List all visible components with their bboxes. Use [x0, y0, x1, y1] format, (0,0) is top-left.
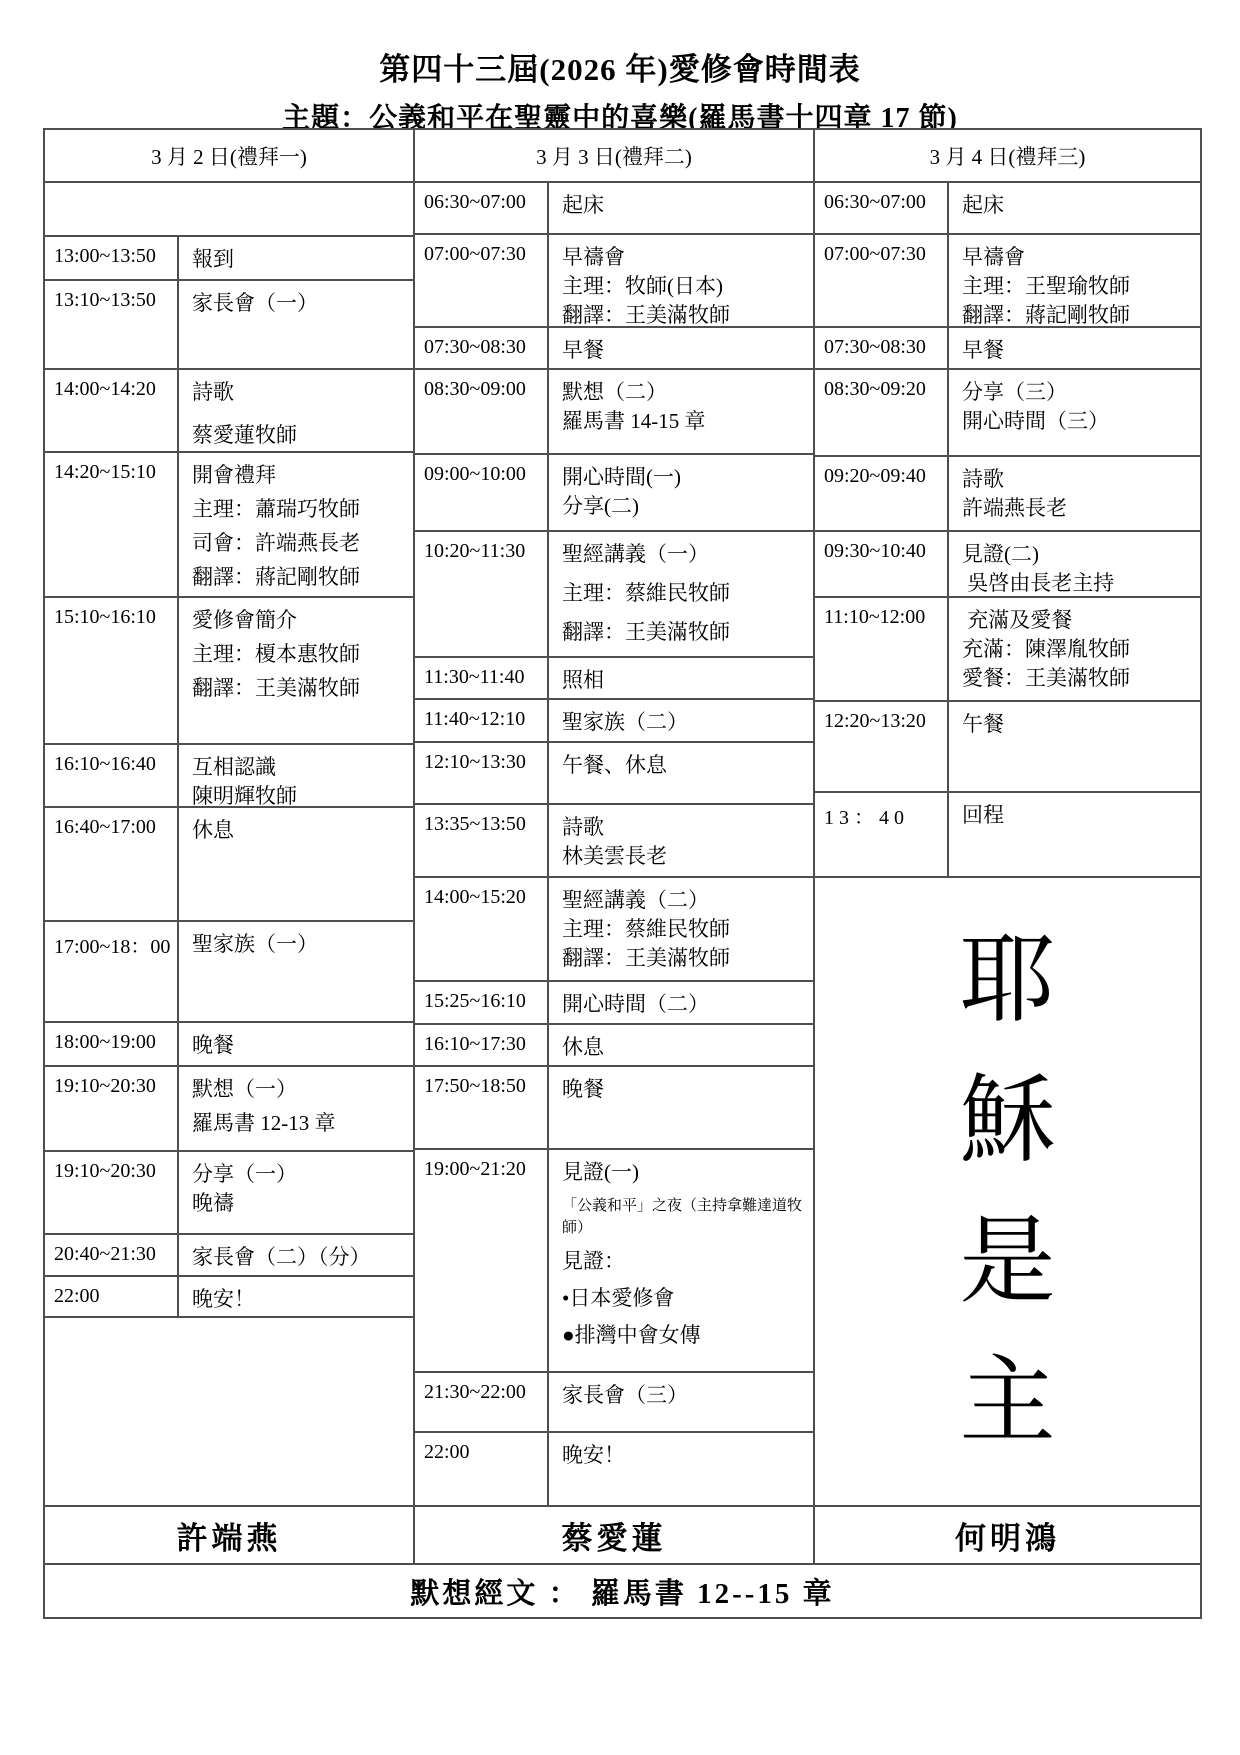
activity-cell: 家長會（一） [179, 281, 413, 368]
activity-cell: 聖經講義（二）主理：蔡維民牧師翻譯：王美滿牧師 [549, 878, 813, 980]
activity-line: 許端燕長老 [962, 494, 1196, 523]
activity-cell: 照相 [549, 658, 813, 698]
day-header-mar-3: 3 月 3 日(禮拜二) [415, 130, 813, 183]
activity-line: 開心時間（三） [962, 407, 1196, 436]
time-cell: 08:30~09:00 [415, 370, 549, 453]
jesus-is-lord-banner-cell: 耶穌是主 [815, 878, 1200, 1505]
activity-line: 分享（三） [962, 378, 1196, 407]
schedule-table: 3 月 2 日(禮拜一) 13:00~13:50報到13:10~13:50家長會… [43, 128, 1202, 1619]
timetable-page: 第四十三屆(2026 年)愛修會時間表 主題：公義和平在聖靈中的喜樂(羅馬書十四… [0, 0, 1240, 1755]
activity-cell: 報到 [179, 237, 413, 279]
time-cell: 22:00 [45, 1277, 179, 1316]
schedule-row: 14:00~14:20詩歌蔡愛蓮牧師 [45, 370, 413, 453]
activity-cell: 休息 [179, 808, 413, 920]
time-cell: 06:30~07:00 [415, 183, 549, 233]
activity-line: 開會禮拜 [192, 461, 409, 490]
activity-cell: 詩歌蔡愛蓮牧師 [179, 370, 413, 451]
activity-cell: 見證(二) 吳啓由長老主持 [949, 532, 1200, 596]
schedule-row: 22:00晚安！ [45, 1277, 413, 1318]
activity-line: 早餐 [962, 336, 1196, 365]
schedule-row: 19:10~20:30默想（一）羅馬書 12-13 章 [45, 1067, 413, 1152]
day-body-mar-4: 06:30~07:00起床07:00~07:30早禱會主理：王聖瑜牧師翻譯：蔣記… [815, 183, 1200, 1505]
activity-line: 默想（二） [562, 378, 809, 407]
page-title: 第四十三屆(2026 年)愛修會時間表 [0, 0, 1240, 89]
activity-line: 吳啓由長老主持 [962, 569, 1196, 596]
schedule-row: 17:00~18：00聖家族（一） [45, 922, 413, 1023]
schedule-row: 16:10~17:30休息 [415, 1025, 813, 1067]
leader-name-cell: 許端燕 [45, 1507, 415, 1563]
time-cell: 20:40~21:30 [45, 1235, 179, 1275]
time-cell: 13:00~13:50 [45, 237, 179, 279]
schedule-row: 07:00~07:30早禱會主理：王聖瑜牧師翻譯：蔣記剛牧師 [815, 235, 1200, 328]
activity-cell: 晚餐 [179, 1023, 413, 1065]
schedule-row: 20:40~21:30家長會（二）（分） [45, 1235, 413, 1277]
time-cell: 14:00~14:20 [45, 370, 179, 451]
activity-line: 早禱會 [562, 243, 809, 272]
activity-line: 午餐、休息 [562, 751, 809, 780]
activity-cell: 分享（一）晚禱 [179, 1152, 413, 1233]
activity-line: 晚安！ [192, 1285, 409, 1314]
schedule-row: 19:10~20:30分享（一）晚禱 [45, 1152, 413, 1235]
activity-line: 休息 [562, 1033, 809, 1062]
activity-line: 早禱會 [962, 243, 1196, 272]
time-cell: 06:30~07:00 [815, 183, 949, 233]
activity-cell: 分享（三）開心時間（三） [949, 370, 1200, 455]
activity-line: 晚餐 [562, 1075, 809, 1104]
activity-cell: 詩歌林美雲長老 [549, 805, 813, 876]
day-body-mar-3: 06:30~07:00起床07:00~07:30早禱會主理：牧師(日本)翻譯：王… [415, 183, 813, 1505]
activity-line: 開心時間（二） [562, 990, 809, 1019]
activity-line: 翻譯：蔣記剛牧師 [962, 301, 1196, 326]
time-cell: 12:10~13:30 [415, 743, 549, 803]
time-cell: 17:50~18:50 [415, 1067, 549, 1148]
time-cell: 11:40~12:10 [415, 700, 549, 741]
schedule-row: 06:30~07:00起床 [415, 183, 813, 235]
schedule-row: 17:50~18:50晚餐 [415, 1067, 813, 1150]
activity-line: 開心時間(一) [562, 463, 809, 492]
activity-line: 主理：王聖瑜牧師 [962, 272, 1196, 301]
activity-cell: 早禱會主理：牧師(日本)翻譯：王美滿牧師 [549, 235, 813, 326]
time-cell: 19:10~20:30 [45, 1067, 179, 1150]
banner-char: 主 [960, 1354, 1056, 1450]
schedule-row: 09:20~09:40詩歌許端燕長老 [815, 457, 1200, 532]
activity-line: 翻譯：蔣記剛牧師 [192, 563, 409, 592]
activity-line: 分享（一） [192, 1160, 409, 1189]
activity-line: 起床 [562, 191, 809, 220]
schedule-row: 07:00~07:30早禱會主理：牧師(日本)翻譯：王美滿牧師 [415, 235, 813, 328]
activity-cell: 晚安！ [549, 1433, 813, 1505]
activity-line: 愛修會簡介 [192, 606, 409, 635]
activity-line: 詩歌 [562, 813, 809, 842]
activity-line: 詩歌 [192, 378, 409, 407]
schedule-row: 08:30~09:20分享（三）開心時間（三） [815, 370, 1200, 457]
activity-line: 翻譯：王美滿牧師 [562, 618, 809, 647]
empty-row [45, 183, 413, 237]
time-cell: 10:20~11:30 [415, 532, 549, 656]
schedule-row: 09:00~10:00開心時間(一)分享(二) [415, 455, 813, 532]
day-column-mar-4: 3 月 4 日(禮拜三) 06:30~07:00起床07:00~07:30早禱會… [815, 130, 1200, 1505]
banner-char: 是 [960, 1214, 1056, 1310]
time-cell: 07:30~08:30 [415, 328, 549, 368]
activity-cell: 詩歌許端燕長老 [949, 457, 1200, 530]
activity-line: 司會：許端燕長老 [192, 529, 409, 558]
meditation-scripture-footer: 默想經文 ： 羅馬書 12--15 章 [45, 1563, 1200, 1617]
activity-line: 聖經講義（二） [562, 886, 809, 915]
activity-cell: 開心時間(一)分享(二) [549, 455, 813, 530]
day-body-mar-2: 13:00~13:50報到13:10~13:50家長會（一）14:00~14:2… [45, 183, 413, 1505]
time-cell: 17:00~18：00 [45, 922, 179, 1021]
time-cell: 14:20~15:10 [45, 453, 179, 596]
activity-line: 回程 [962, 801, 1196, 830]
activity-line: 翻譯：王美滿牧師 [192, 674, 409, 703]
activity-cell: 早餐 [949, 328, 1200, 368]
activity-line: 見證： [562, 1247, 809, 1276]
day-column-mar-2: 3 月 2 日(禮拜一) 13:00~13:50報到13:10~13:50家長會… [45, 130, 415, 1505]
activity-cell: 家長會（二）（分） [179, 1235, 413, 1275]
activity-cell: 見證(一)「公義和平」之夜（主持拿難達道牧師）見證：•日本愛修會●排灣中會女傳 [549, 1150, 813, 1371]
time-cell: 13:35~13:50 [415, 805, 549, 876]
activity-cell: 起床 [949, 183, 1200, 233]
activity-line: 主理：牧師(日本) [562, 272, 809, 301]
schedule-row: 21:30~22:00家長會（三） [415, 1373, 813, 1433]
schedule-row: 11:40~12:10聖家族（二） [415, 700, 813, 743]
activity-line: 家長會（一） [192, 289, 409, 318]
activity-line: 默想（一） [192, 1075, 409, 1104]
schedule-row: 11:30~11:40照相 [415, 658, 813, 700]
activity-cell: 晚安！ [179, 1277, 413, 1316]
schedule-row: 10:20~11:30聖經講義（一）主理：蔡維民牧師翻譯：王美滿牧師 [415, 532, 813, 658]
time-cell: 19:10~20:30 [45, 1152, 179, 1233]
empty-row [45, 1318, 413, 1505]
activity-line: 蔡愛蓮牧師 [192, 421, 409, 450]
schedule-row: 19:00~21:20見證(一)「公義和平」之夜（主持拿難達道牧師）見證：•日本… [415, 1150, 813, 1373]
time-cell: 16:10~17:30 [415, 1025, 549, 1065]
activity-line: 聖家族（二） [562, 708, 809, 737]
activity-line: 見證(二) [962, 540, 1196, 569]
activity-cell: 早禱會主理：王聖瑜牧師翻譯：蔣記剛牧師 [949, 235, 1200, 326]
activity-cell: 聖家族（二） [549, 700, 813, 741]
activity-cell: 默想（一）羅馬書 12-13 章 [179, 1067, 413, 1150]
schedule-row: 12:10~13:30午餐、休息 [415, 743, 813, 805]
time-cell: 13:10~13:50 [45, 281, 179, 368]
activity-line: 家長會（三） [562, 1381, 809, 1410]
time-cell: 16:10~16:40 [45, 745, 179, 806]
activity-line: 主理：蔡維民牧師 [562, 579, 809, 608]
schedule-row: 14:20~15:10開會禮拜主理：蕭瑞巧牧師司會：許端燕長老翻譯：蔣記剛牧師 [45, 453, 413, 598]
activity-cell: 開心時間（二） [549, 982, 813, 1023]
activity-cell: 聖家族（一） [179, 922, 413, 1021]
time-cell: 12:20~13:20 [815, 702, 949, 791]
schedule-row: 22:00晚安！ [415, 1433, 813, 1505]
activity-line: 主理：蔡維民牧師 [562, 915, 809, 944]
banner-char: 耶 [960, 933, 1056, 1029]
activity-line: 休息 [192, 816, 409, 845]
activity-line: 家長會（二）（分） [192, 1243, 409, 1272]
time-cell: 09:30~10:40 [815, 532, 949, 596]
activity-line: 晚安！ [562, 1441, 809, 1470]
time-cell: 22:00 [415, 1433, 549, 1505]
activity-line: 聖家族（一） [192, 930, 409, 959]
activity-cell: 休息 [549, 1025, 813, 1065]
activity-line: 晚禱 [192, 1189, 409, 1218]
time-cell: 09:20~09:40 [815, 457, 949, 530]
schedule-row: 13:00~13:50報到 [45, 237, 413, 281]
activity-line: 翻譯：王美滿牧師 [562, 944, 809, 973]
time-cell: 18:00~19:00 [45, 1023, 179, 1065]
activity-cell: 回程 [949, 793, 1200, 876]
schedule-row: 06:30~07:00起床 [815, 183, 1200, 235]
activity-line: 愛餐：王美滿牧師 [962, 664, 1196, 693]
activity-line: 林美雲長老 [562, 842, 809, 871]
activity-line: •日本愛修會 [562, 1284, 809, 1313]
activity-line: 羅馬書 12-13 章 [192, 1109, 409, 1138]
leader-name-cell: 何明鴻 [815, 1507, 1200, 1563]
schedule-row: 07:30~08:30早餐 [815, 328, 1200, 370]
time-cell: 08:30~09:20 [815, 370, 949, 455]
activity-line: 詩歌 [962, 465, 1196, 494]
activity-cell: 早餐 [549, 328, 813, 368]
activity-line: 翻譯：王美滿牧師 [562, 301, 809, 326]
time-cell: 07:00~07:30 [415, 235, 549, 326]
time-cell: 15:25~16:10 [415, 982, 549, 1023]
activity-line: 「公義和平」之夜（主持拿難達道牧師） [562, 1195, 809, 1239]
day-header-mar-2: 3 月 2 日(禮拜一) [45, 130, 413, 183]
day-column-mar-3: 3 月 3 日(禮拜二) 06:30~07:00起床07:00~07:30早禱會… [415, 130, 815, 1505]
activity-cell: 午餐、休息 [549, 743, 813, 803]
time-cell: 14:00~15:20 [415, 878, 549, 980]
activity-line: 晚餐 [192, 1031, 409, 1060]
activity-line: 起床 [962, 191, 1196, 220]
schedule-columns: 3 月 2 日(禮拜一) 13:00~13:50報到13:10~13:50家長會… [45, 130, 1200, 1505]
schedule-row: 09:30~10:40見證(二) 吳啓由長老主持 [815, 532, 1200, 598]
activity-cell: 聖經講義（一）主理：蔡維民牧師翻譯：王美滿牧師 [549, 532, 813, 656]
activity-line: 主理：榎本惠牧師 [192, 640, 409, 669]
time-cell: 19:00~21:20 [415, 1150, 549, 1371]
schedule-row: 16:40~17:00休息 [45, 808, 413, 922]
activity-line: 報到 [192, 245, 409, 274]
activity-line: 羅馬書 14-15 章 [562, 407, 809, 436]
schedule-row: 13:10~13:50家長會（一） [45, 281, 413, 370]
activity-line: 見證(一) [562, 1158, 809, 1187]
activity-cell: 默想（二）羅馬書 14-15 章 [549, 370, 813, 453]
time-cell: 09:00~10:00 [415, 455, 549, 530]
time-cell: 11:10~12:00 [815, 598, 949, 700]
leader-name-cell: 蔡愛蓮 [415, 1507, 815, 1563]
activity-line: 聖經講義（一） [562, 540, 809, 569]
time-cell: 07:00~07:30 [815, 235, 949, 326]
schedule-row: 16:10~16:40互相認識陳明輝牧師 [45, 745, 413, 808]
activity-line: 午餐 [962, 710, 1196, 739]
time-cell: 15:10~16:10 [45, 598, 179, 743]
schedule-row: 07:30~08:30早餐 [415, 328, 813, 370]
schedule-row: 13:35~13:50詩歌林美雲長老 [415, 805, 813, 878]
activity-cell: 家長會（三） [549, 1373, 813, 1431]
time-cell: 07:30~08:30 [815, 328, 949, 368]
banner-char: 穌 [960, 1073, 1056, 1169]
schedule-row: 15:10~16:10愛修會簡介主理：榎本惠牧師翻譯：王美滿牧師 [45, 598, 413, 745]
schedule-row: 18:00~19:00晚餐 [45, 1023, 413, 1067]
activity-cell: 晚餐 [549, 1067, 813, 1148]
activity-cell: 開會禮拜主理：蕭瑞巧牧師司會：許端燕長老翻譯：蔣記剛牧師 [179, 453, 413, 596]
activity-line: 早餐 [562, 336, 809, 365]
time-cell: 11:30~11:40 [415, 658, 549, 698]
leaders-row: 許端燕 蔡愛蓮 何明鴻 [45, 1505, 1200, 1563]
activity-line: 互相認識 [192, 753, 409, 782]
activity-cell: 愛修會簡介主理：榎本惠牧師翻譯：王美滿牧師 [179, 598, 413, 743]
time-cell: 1 3 ： 4 0 [815, 793, 949, 876]
activity-cell: 起床 [549, 183, 813, 233]
schedule-row: 14:00~15:20聖經講義（二）主理：蔡維民牧師翻譯：王美滿牧師 [415, 878, 813, 982]
activity-cell: 午餐 [949, 702, 1200, 791]
activity-line: 充滿及愛餐 [962, 606, 1196, 635]
day-header-mar-4: 3 月 4 日(禮拜三) [815, 130, 1200, 183]
activity-line: 分享(二) [562, 492, 809, 521]
time-cell: 21:30~22:00 [415, 1373, 549, 1431]
schedule-row: 08:30~09:00默想（二）羅馬書 14-15 章 [415, 370, 813, 455]
activity-line: ●排灣中會女傳 [562, 1321, 809, 1350]
time-cell: 16:40~17:00 [45, 808, 179, 920]
activity-line: 主理：蕭瑞巧牧師 [192, 495, 409, 524]
activity-line: 充滿：陳澤胤牧師 [962, 635, 1196, 664]
schedule-row: 15:25~16:10開心時間（二） [415, 982, 813, 1025]
schedule-row: 1 3 ： 4 0回程 [815, 793, 1200, 878]
activity-cell: 充滿及愛餐充滿：陳澤胤牧師愛餐：王美滿牧師 [949, 598, 1200, 700]
activity-line: 照相 [562, 666, 809, 695]
activity-cell: 互相認識陳明輝牧師 [179, 745, 413, 806]
schedule-row: 11:10~12:00 充滿及愛餐充滿：陳澤胤牧師愛餐：王美滿牧師 [815, 598, 1200, 702]
schedule-row: 12:20~13:20午餐 [815, 702, 1200, 793]
activity-line: 陳明輝牧師 [192, 782, 409, 806]
